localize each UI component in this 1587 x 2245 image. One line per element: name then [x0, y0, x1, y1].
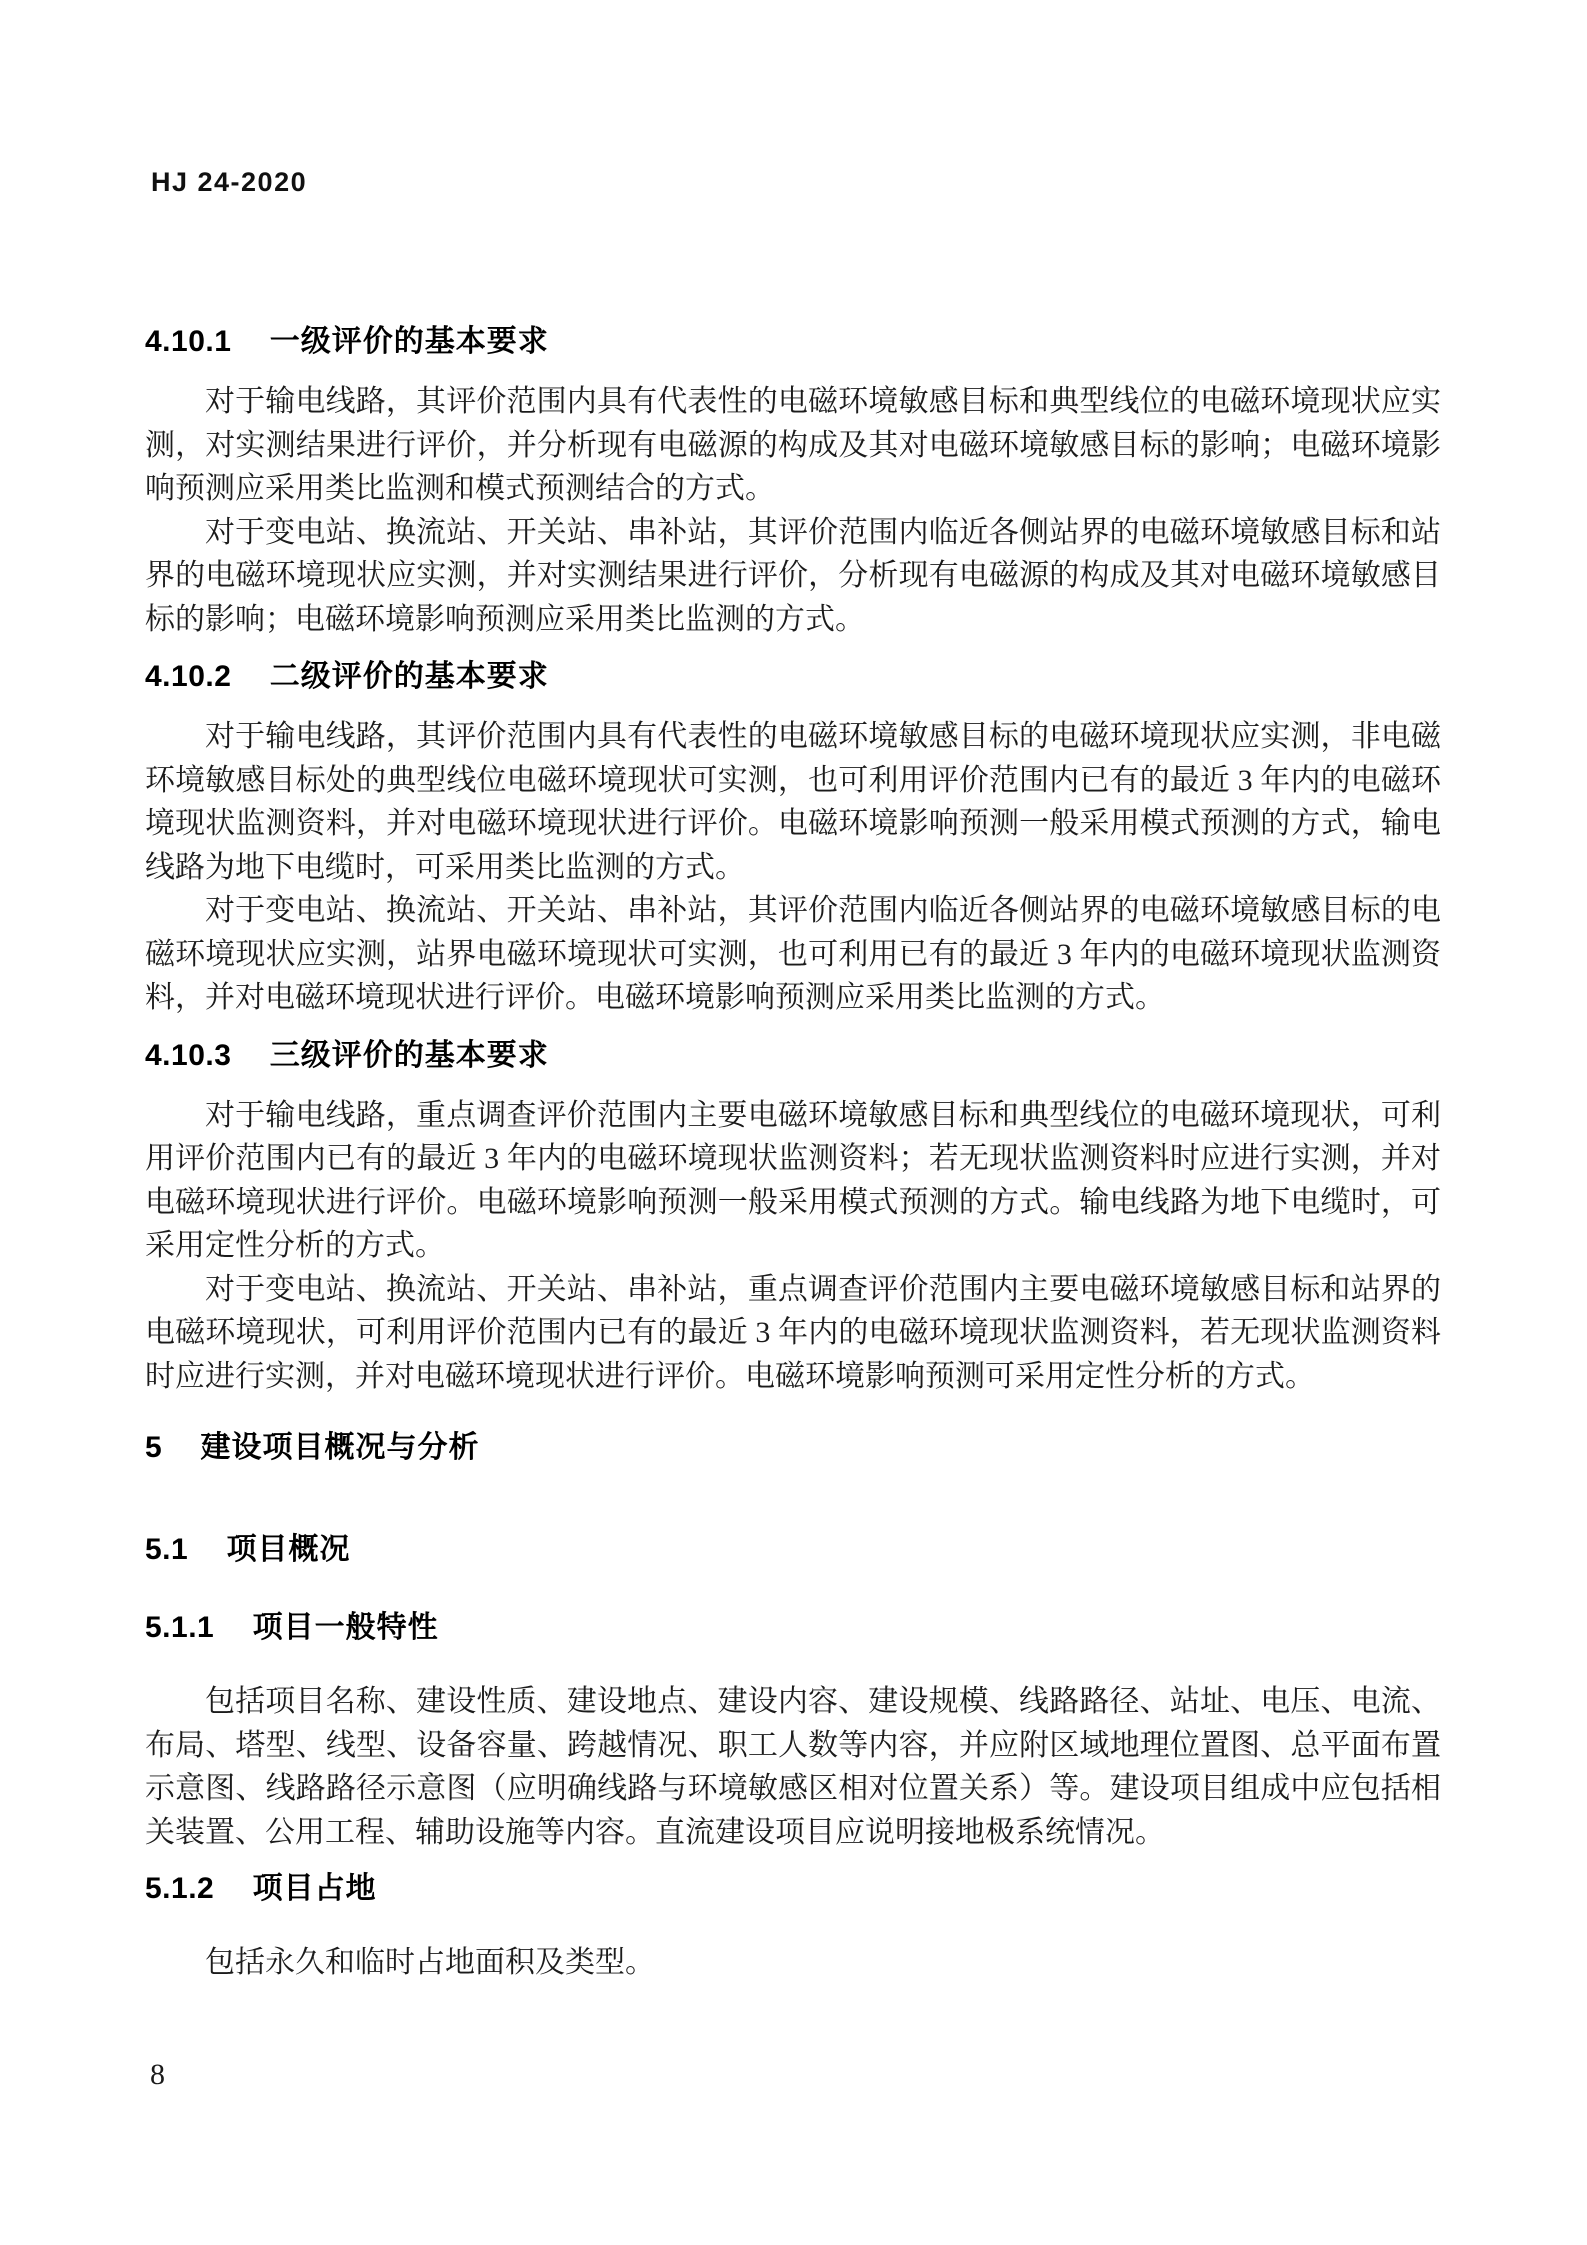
section-title: 项目占地 [253, 1867, 377, 1911]
document-body: 4.10.1 一级评价的基本要求 对于输电线路，其评价范围内具有代表性的电磁环境… [145, 0, 1441, 1985]
document-page: HJ 24-2020 4.10.1 一级评价的基本要求 对于输电线路，其评价范围… [0, 0, 1587, 2245]
body-paragraph: 对于输电线路，其评价范围内具有代表性的电磁环境敏感目标的电磁环境现状应实测，非电… [145, 715, 1441, 889]
section-number: 4.10.3 [145, 1034, 231, 1078]
section-heading-5-1: 5.1 项目概况 [145, 1528, 1441, 1572]
section-heading-5-1-2: 5.1.2 项目占地 [145, 1867, 1441, 1911]
section-heading-4-10-2: 4.10.2 二级评价的基本要求 [145, 655, 1441, 699]
section-title: 三级评价的基本要求 [270, 1034, 549, 1078]
body-paragraph: 对于变电站、换流站、开关站、串补站，其评价范围内临近各侧站界的电磁环境敏感目标的… [145, 889, 1441, 1020]
section-heading-4-10-1: 4.10.1 一级评价的基本要求 [145, 320, 1441, 364]
body-paragraph: 对于输电线路，重点调查评价范围内主要电磁环境敏感目标和典型线位的电磁环境现状，可… [145, 1094, 1441, 1268]
body-paragraph: 对于输电线路，其评价范围内具有代表性的电磁环境敏感目标和典型线位的电磁环境现状应… [145, 380, 1441, 511]
section-number: 4.10.1 [145, 320, 231, 364]
chapter-heading-5: 5 建设项目概况与分析 [145, 1426, 1441, 1470]
section-number: 5.1.1 [145, 1606, 214, 1650]
section-title: 二级评价的基本要求 [270, 655, 549, 699]
body-paragraph: 包括项目名称、建设性质、建设地点、建设内容、建设规模、线路路径、站址、电压、电流… [145, 1680, 1441, 1854]
section-title: 项目一般特性 [253, 1606, 439, 1650]
section-number: 5.1 [145, 1528, 188, 1572]
section-heading-4-10-3: 4.10.3 三级评价的基本要求 [145, 1034, 1441, 1078]
body-paragraph: 对于变电站、换流站、开关站、串补站，其评价范围内临近各侧站界的电磁环境敏感目标和… [145, 511, 1441, 642]
page-number: 8 [150, 2058, 165, 2092]
section-title: 一级评价的基本要求 [270, 320, 549, 364]
section-heading-5-1-1: 5.1.1 项目一般特性 [145, 1606, 1441, 1650]
section-title: 建设项目概况与分析 [201, 1426, 480, 1470]
section-number: 5 [145, 1426, 162, 1470]
section-number: 5.1.2 [145, 1867, 214, 1911]
section-title: 项目概况 [227, 1528, 351, 1572]
body-paragraph: 对于变电站、换流站、开关站、串补站，重点调查评价范围内主要电磁环境敏感目标和站界… [145, 1268, 1441, 1399]
section-number: 4.10.2 [145, 655, 231, 699]
body-paragraph: 包括永久和临时占地面积及类型。 [145, 1941, 1441, 1985]
